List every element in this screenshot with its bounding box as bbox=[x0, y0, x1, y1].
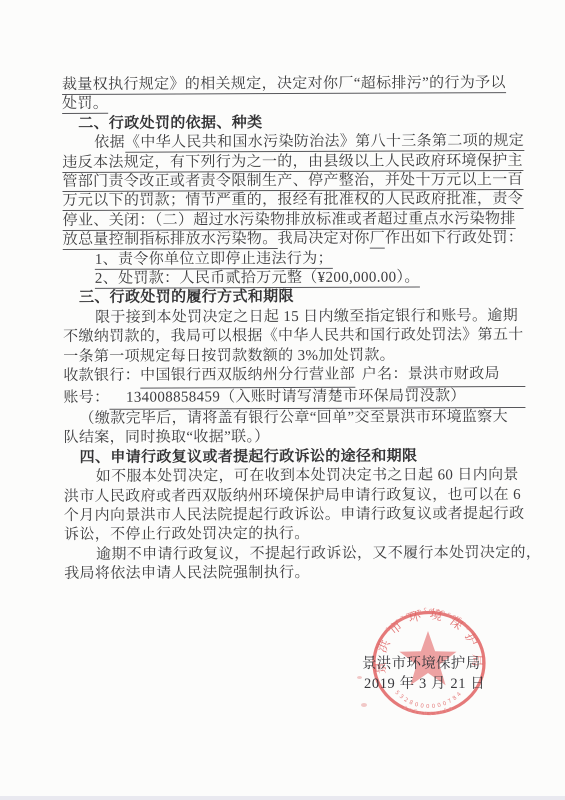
doc-line: 逾期不申请行政复议，不提起行政诉讼，又不履行本处罚决定的， bbox=[64, 544, 526, 565]
section-heading: 四、申请行政复议或者提起行政诉讼的途径和期限 bbox=[64, 447, 526, 468]
doc-text: 队结案，同时换取“收据”联。） bbox=[64, 429, 270, 446]
doc-line: 队结案，同时换取“收据”联。） bbox=[64, 427, 526, 448]
doc-line: 放总量控制指标排放水污染物。我局决定对你厂作出如下行政处罚： bbox=[63, 229, 525, 250]
filled-in-text: 违反本法规定，有下列行为之一的，由县级以上人民政府环境保护主 bbox=[62, 153, 523, 173]
doc-text: 四、申请行政复议或者提起行政诉讼的途径和期限 bbox=[80, 448, 418, 465]
doc-line: 不缴纳罚款的，我局可以根据《中华人民共和国行政处罚法》第五十 bbox=[63, 326, 525, 347]
filled-in-text: 134008858459（入账时请写清楚市环保局罚没款） bbox=[109, 386, 525, 409]
doc-line: 如不服本处罚决定，可在收到本处罚决定书之日起 60 日内向景 bbox=[64, 466, 526, 487]
doc-text: 不缴纳罚款的，我局可以根据《中华人民共和国行政处罚法》第五十 bbox=[63, 327, 524, 345]
doc-line: 洪市人民政府或者西双版纳州环境保护局申请行政复议，也可以在 6 bbox=[64, 486, 526, 507]
issuer-name: 景洪市环境保护局 bbox=[362, 652, 480, 673]
doc-line: 限于接到本处罚决定之日起 15 日内缴至指定银行和账号。逾期 bbox=[63, 307, 525, 328]
doc-line: 违反本法规定，有下列行为之一的，由县级以上人民政府环境保护主 bbox=[62, 152, 524, 173]
section-heading: 三、行政处罚的履行方式和期限 bbox=[63, 287, 525, 308]
doc-text: 依据 bbox=[94, 135, 125, 151]
doc-text: （缴款完毕后，请将盖有银行公章“回单”交至景洪市环境监察大 bbox=[79, 409, 508, 427]
doc-text: 如不服本处罚决定，可在收到本处罚决定书之日起 60 日内向景 bbox=[96, 467, 519, 485]
doc-line: 管部门责令改正或者责令限制生产、停产整治，并处十万元以上一百 bbox=[62, 171, 524, 192]
decision-date: 2019 年 3 月 21 日 bbox=[364, 672, 485, 693]
doc-line: 1、责令你单位立即停止违法行为； bbox=[63, 249, 525, 270]
filled-in-text: 万元以下的罚款；情节严重的，报经有批准权的人民政府批准，责令 bbox=[63, 191, 524, 211]
doc-line: 个月内向景洪市人民法院提起行政诉讼。申请行政复议或者提起行政 bbox=[64, 505, 526, 526]
doc-line: 万元以下的罚款；情节严重的，报经有批准权的人民政府批准，责令 bbox=[63, 190, 525, 211]
doc-line: 诉讼，不停止行政处罚决定的执行。 bbox=[64, 524, 526, 545]
penalty-decision-document: 裁量权执行规定》的相关规定，决定对你厂“超标排污”的行为予以处罚。二、行政处罚的… bbox=[0, 0, 565, 800]
doc-text: 洪市人民政府或者西双版纳州环境保护局申请行政复议，也可以在 6 bbox=[64, 487, 521, 505]
doc-text: 我局将依法申请人民法院强制执行。 bbox=[64, 565, 310, 582]
doc-line: 处罚。 bbox=[62, 93, 524, 114]
filled-in-text: 处罚。 bbox=[62, 96, 108, 114]
filled-in-text: 2、处罚款：人民币贰拾万元整（¥200,000.00）。 bbox=[95, 270, 420, 289]
filled-in-text: 裁量权执行规定》的相关规定，决定对你厂“超标排污”的行为予以 bbox=[62, 75, 506, 95]
doc-line: 收款银行：中国银行西双版纳州分行营业部户名：景洪市财政局 bbox=[63, 365, 525, 388]
doc-text: 户名： bbox=[362, 366, 408, 386]
doc-text: 我局决定对你 bbox=[278, 231, 370, 247]
doc-text: 二、行政处罚的依据、种类 bbox=[78, 115, 262, 132]
filled-in-text: 停业、关闭：（二）超过水污染物排放标准或者超过重点水污染物排 bbox=[63, 211, 516, 231]
doc-text: 作出如下行政处罚： bbox=[385, 230, 523, 247]
doc-text: 收款银行： bbox=[63, 367, 140, 387]
doc-line: 一条第一项规定每日按罚款数额的 3%加处罚款。 bbox=[63, 346, 525, 367]
filled-in-text: 厂 bbox=[370, 231, 385, 249]
filled-in-text: 《中华人民共和国水污染防治法》第八十三条第二项的规定 bbox=[125, 133, 524, 153]
doc-line: 账号：134008858459（入账时请写清楚市环保局罚没款） bbox=[63, 386, 525, 409]
doc-line: 裁量权执行规定》的相关规定，决定对你厂“超标排污”的行为予以 bbox=[62, 74, 524, 95]
section-heading: 二、行政处罚的依据、种类 bbox=[62, 113, 524, 134]
doc-line: 依据《中华人民共和国水污染防治法》第八十三条第二项的规定 bbox=[62, 132, 524, 153]
doc-text: 一条第一项规定每日按罚款数额的 3%加处罚款。 bbox=[63, 347, 395, 364]
doc-text: 个月内向景洪市人民法院提起行政诉讼。申请行政复议或者提起行政 bbox=[64, 506, 525, 524]
doc-text: 限于接到本处罚决定之日起 15 日内缴至指定银行和账号。逾期 bbox=[95, 308, 518, 326]
filled-in-text: 管部门责令改正或者责令限制生产、停产整治，并处十万元以上一百 bbox=[62, 172, 523, 192]
filled-in-text: 中国银行西双版纳州分行营业部 bbox=[140, 366, 355, 388]
doc-text: 账号： bbox=[63, 388, 109, 408]
filled-in-text: 放总量控制指标排放水污染物。 bbox=[63, 231, 278, 250]
doc-text: 三、行政处罚的履行方式和期限 bbox=[79, 289, 294, 306]
document-lines: 裁量权执行规定》的相关规定，决定对你厂“超标排污”的行为予以处罚。二、行政处罚的… bbox=[62, 74, 526, 585]
scan-page-edge bbox=[0, 796, 565, 800]
doc-line: 停业、关闭：（二）超过水污染物排放标准或者超过重点水污染物排 bbox=[63, 210, 525, 231]
filled-in-text: 景洪市财政局 bbox=[408, 365, 526, 387]
doc-line: 我局将依法申请人民法院强制执行。 bbox=[64, 563, 526, 584]
doc-line: 2、处罚款：人民币贰拾万元整（¥200,000.00）。 bbox=[63, 268, 525, 289]
filled-in-text: 1、责令你单位立即停止违法行为； bbox=[95, 250, 333, 269]
doc-line: （缴款完毕后，请将盖有银行公章“回单”交至景洪市环境监察大 bbox=[63, 408, 525, 429]
doc-text: 逾期不申请行政复议，不提起行政诉讼，又不履行本处罚决定的， bbox=[96, 545, 541, 563]
doc-text: 诉讼，不停止行政处罚决定的执行。 bbox=[64, 526, 310, 543]
